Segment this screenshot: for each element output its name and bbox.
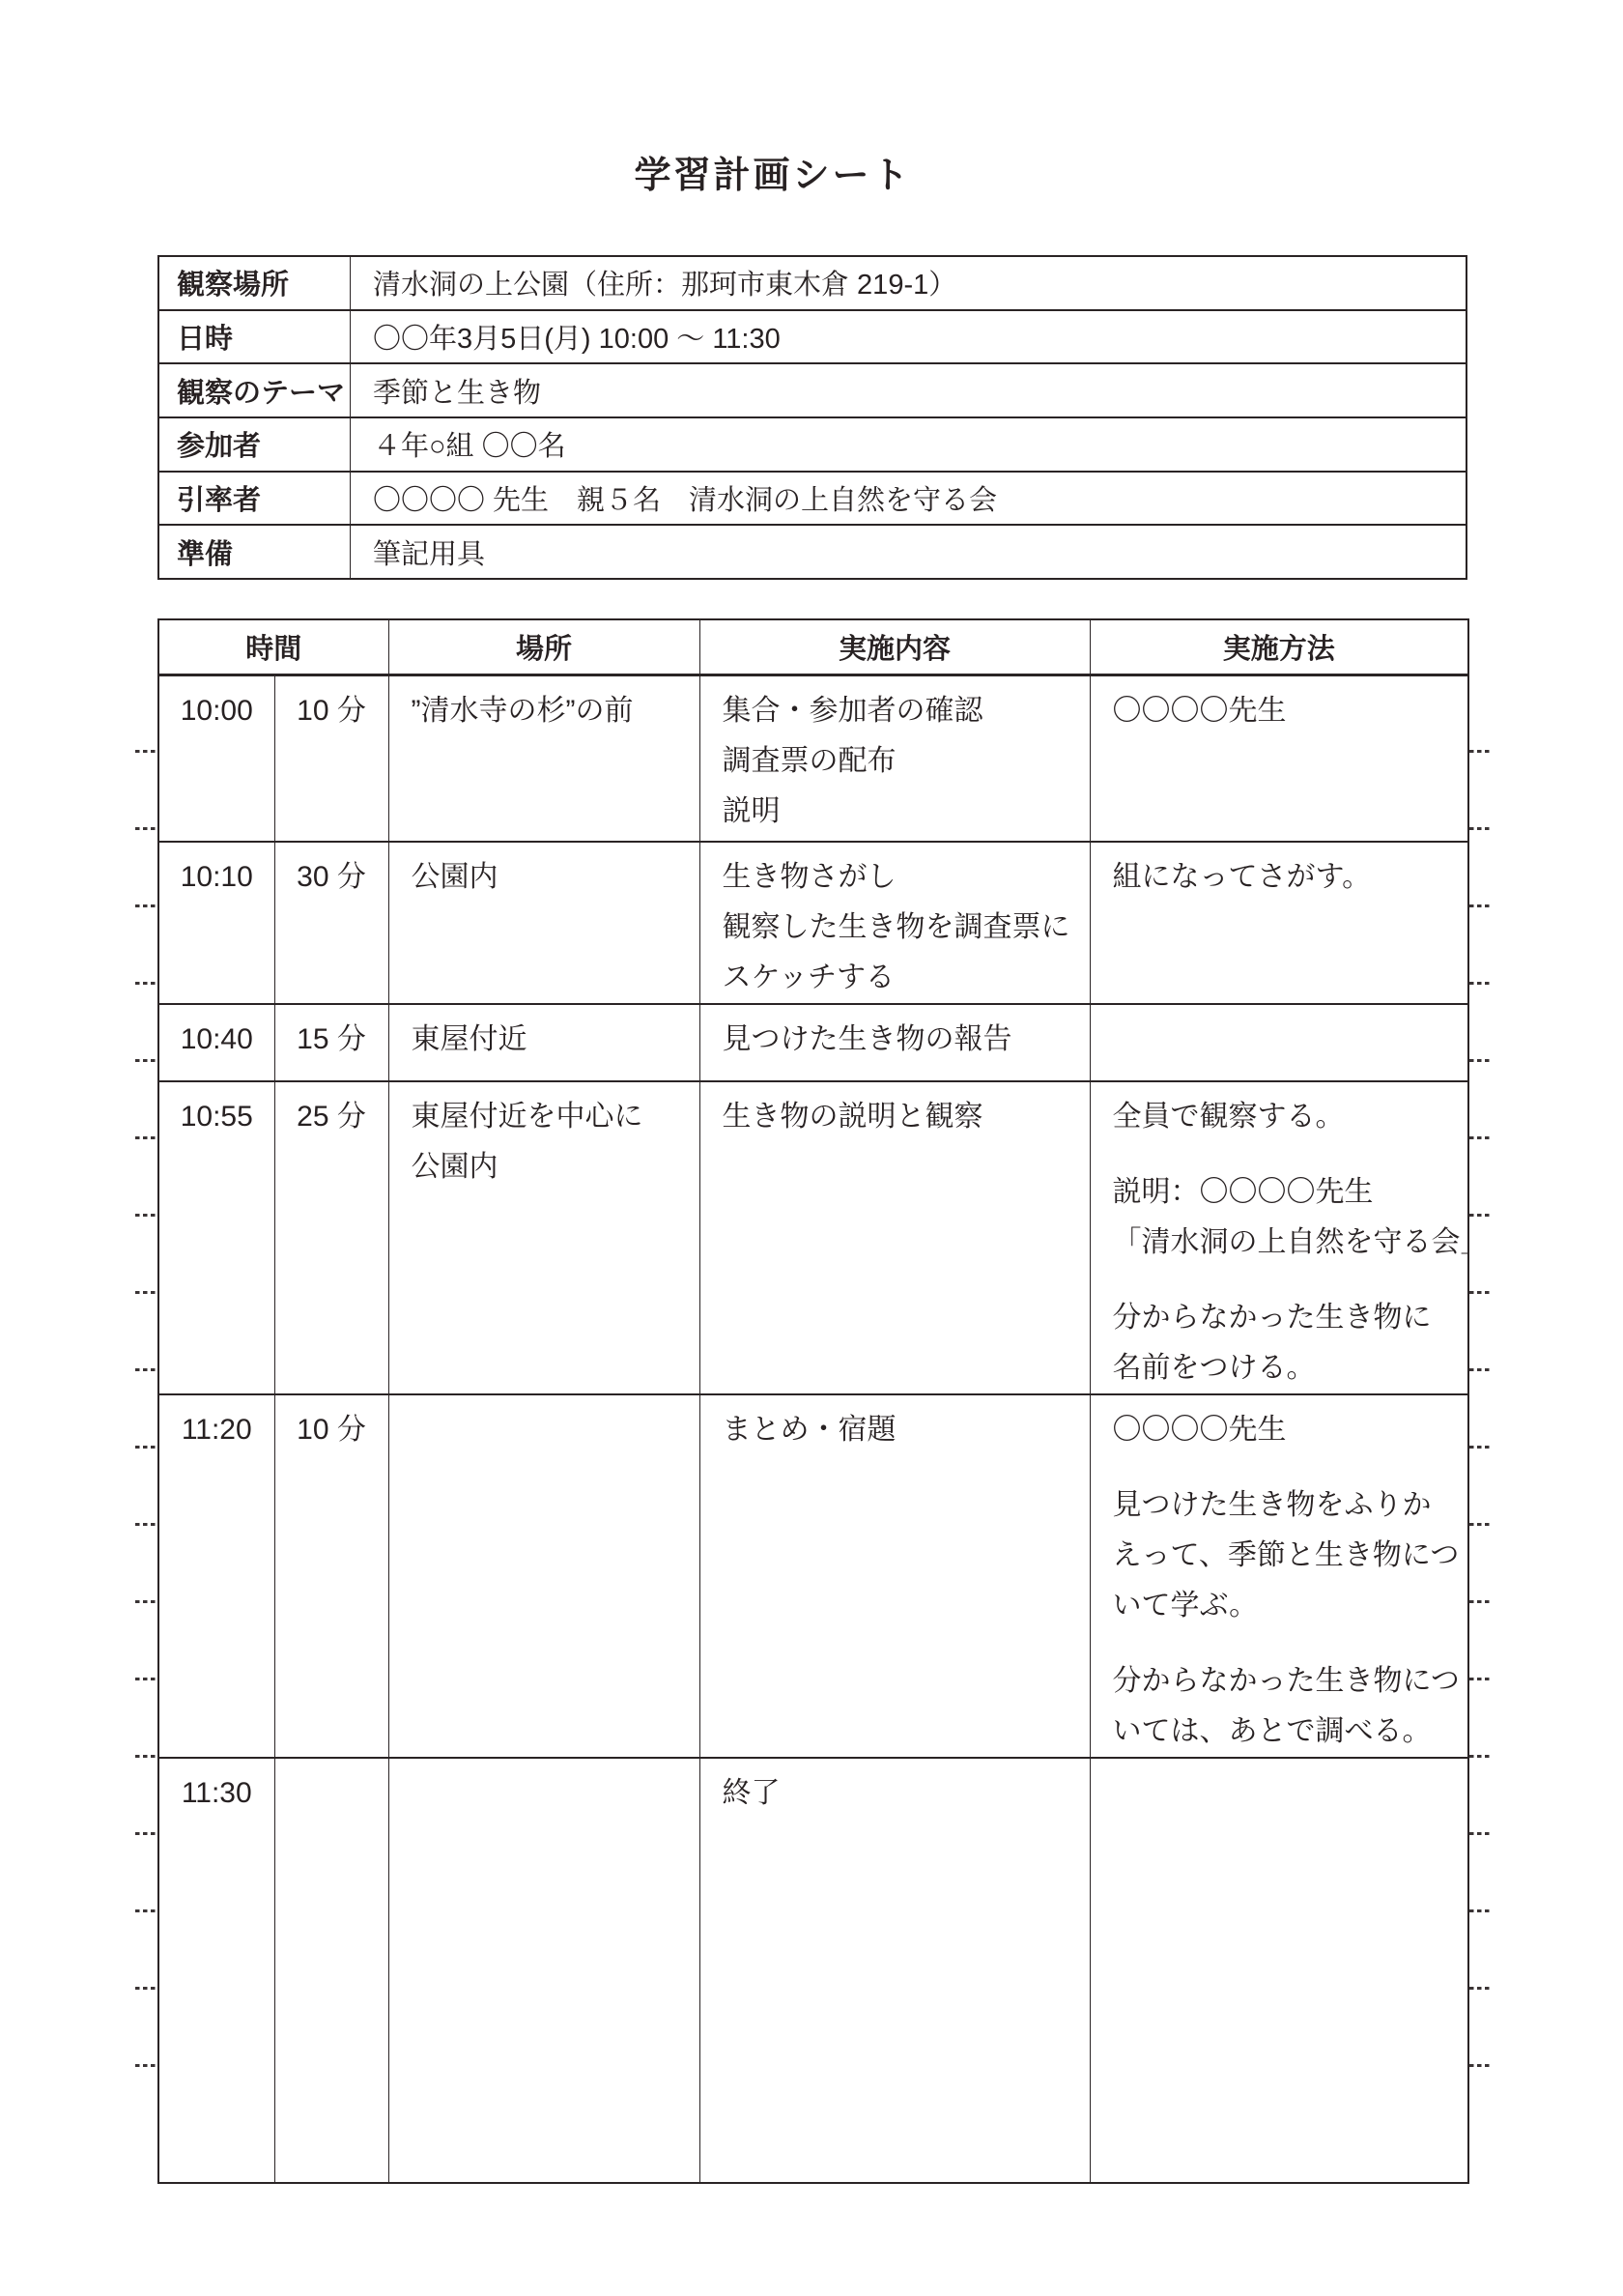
schedule-cell-time: 10:10 bbox=[158, 842, 274, 1004]
guide-mark-right bbox=[1469, 1446, 1490, 1449]
schedule-cell-time: 11:30 bbox=[158, 1758, 274, 2183]
info-row: 観察のテーマ季節と生き物 bbox=[158, 363, 1466, 417]
schedule-cell-duration: 25 分 bbox=[274, 1081, 388, 1394]
info-row: 日時〇〇年3月5日(月) 10:00 ～ 11:30 bbox=[158, 310, 1466, 364]
schedule-cell-place bbox=[388, 1394, 699, 1758]
info-row: 準備筆記用具 bbox=[158, 525, 1466, 579]
guide-mark-right bbox=[1469, 1755, 1490, 1758]
schedule-cell-method: 〇〇〇〇先生 bbox=[1090, 674, 1468, 842]
schedule-cell-time: 11:20 bbox=[158, 1394, 274, 1758]
cell-line: 分からなかった生き物に bbox=[1113, 1293, 1463, 1343]
cell-line: 名前をつける。 bbox=[1113, 1343, 1463, 1393]
schedule-cell-time: 10:55 bbox=[158, 1081, 274, 1394]
schedule-cell-method bbox=[1090, 1758, 1468, 2183]
guide-mark-left bbox=[135, 904, 156, 907]
guide-mark-left bbox=[135, 1446, 156, 1449]
info-row-label: 観察場所 bbox=[158, 256, 351, 310]
schedule-row: 10:4015 分東屋付近見つけた生き物の報告 bbox=[158, 1004, 1468, 1081]
schedule-row: 11:2010 分まとめ・宿題〇〇〇〇先生見つけた生き物をふりかえって、季節と生… bbox=[158, 1394, 1468, 1758]
schedule-cell-place: 東屋付近を中心に公園内 bbox=[388, 1081, 699, 1394]
cell-line: 終了 bbox=[723, 1768, 1084, 1819]
schedule-header-row: 時間 場所 実施内容 実施方法 bbox=[158, 619, 1468, 674]
schedule-cell-method: 全員で観察する。説明：〇〇〇〇先生「清水洞の上自然を守る会」分からなかった生き物… bbox=[1090, 1081, 1468, 1394]
guide-mark-right bbox=[1469, 1214, 1490, 1217]
guide-mark-right bbox=[1469, 1136, 1490, 1139]
cell-paragraph: 終了 bbox=[723, 1768, 1084, 1819]
schedule-cell-place: ”清水寺の杉”の前 bbox=[388, 674, 699, 842]
guide-mark-left bbox=[135, 2064, 156, 2067]
cell-line: 東屋付近 bbox=[412, 1015, 694, 1065]
schedule-cell-content: 見つけた生き物の報告 bbox=[699, 1004, 1090, 1081]
cell-paragraph: 集合・参加者の確認調査票の配布説明 bbox=[723, 686, 1084, 837]
cell-line: まとめ・宿題 bbox=[723, 1405, 1084, 1455]
schedule-cell-duration: 30 分 bbox=[274, 842, 388, 1004]
schedule-cell-content: 生き物の説明と観察 bbox=[699, 1081, 1090, 1394]
info-table: 観察場所清水洞の上公園（住所：那珂市東木倉 219-1）日時〇〇年3月5日(月)… bbox=[157, 255, 1467, 580]
cell-line: 公園内 bbox=[412, 1142, 694, 1192]
schedule-cell-place bbox=[388, 1758, 699, 2183]
guide-mark-right bbox=[1469, 2064, 1490, 2067]
cell-paragraph: 見つけた生き物の報告 bbox=[723, 1015, 1084, 1065]
info-row-label: 日時 bbox=[158, 310, 351, 364]
schedule-cell-content: 集合・参加者の確認調査票の配布説明 bbox=[699, 674, 1090, 842]
guide-mark-left bbox=[135, 1987, 156, 1990]
guide-mark-right bbox=[1469, 1987, 1490, 1990]
guide-mark-left bbox=[135, 1600, 156, 1603]
guide-mark-right bbox=[1469, 1600, 1490, 1603]
cell-paragraph: 全員で観察する。 bbox=[1113, 1092, 1463, 1142]
learning-plan-sheet: 学習計画シート 観察場所清水洞の上公園（住所：那珂市東木倉 219-1）日時〇〇… bbox=[0, 0, 1623, 2296]
guide-mark-right bbox=[1469, 1832, 1490, 1835]
info-row: 引率者〇〇〇〇 先生 親５名 清水洞の上自然を守る会 bbox=[158, 472, 1466, 526]
info-row: 参加者４年○組 〇〇名 bbox=[158, 417, 1466, 472]
schedule-cell-place: 公園内 bbox=[388, 842, 699, 1004]
cell-paragraph: 見つけた生き物をふりかえって、季節と生き物について学ぶ。 bbox=[1113, 1480, 1463, 1631]
cell-line: いては、あとで調べる。 bbox=[1113, 1707, 1463, 1757]
info-row-value: 清水洞の上公園（住所：那珂市東木倉 219-1） bbox=[351, 256, 1467, 310]
cell-line: 見つけた生き物の報告 bbox=[723, 1015, 1084, 1065]
cell-paragraph: 分からなかった生き物については、あとで調べる。 bbox=[1113, 1656, 1463, 1757]
info-row-value: 〇〇〇〇 先生 親５名 清水洞の上自然を守る会 bbox=[351, 472, 1467, 526]
cell-line: 見つけた生き物をふりか bbox=[1113, 1480, 1463, 1531]
guide-mark-right bbox=[1469, 1368, 1490, 1371]
cell-line: 集合・参加者の確認 bbox=[723, 686, 1084, 736]
guide-mark-left bbox=[135, 1678, 156, 1680]
cell-paragraph: まとめ・宿題 bbox=[723, 1405, 1084, 1455]
schedule-cell-content: 生き物さがし観察した生き物を調査票にスケッチする bbox=[699, 842, 1090, 1004]
cell-line: いて学ぶ。 bbox=[1113, 1581, 1463, 1631]
guide-mark-right bbox=[1469, 750, 1490, 753]
schedule-table: 時間 場所 実施内容 実施方法 10:0010 分”清水寺の杉”の前集合・参加者… bbox=[157, 618, 1469, 2184]
cell-paragraph: ”清水寺の杉”の前 bbox=[412, 686, 694, 736]
cell-line: 生き物さがし bbox=[723, 852, 1084, 903]
cell-paragraph: 東屋付近を中心に公園内 bbox=[412, 1092, 694, 1192]
cell-paragraph: 分からなかった生き物に名前をつける。 bbox=[1113, 1293, 1463, 1393]
guide-mark-right bbox=[1469, 1291, 1490, 1294]
info-row-label: 観察のテーマ bbox=[158, 363, 351, 417]
cell-paragraph: 説明：〇〇〇〇先生「清水洞の上自然を守る会」 bbox=[1113, 1167, 1463, 1268]
info-row-value: ４年○組 〇〇名 bbox=[351, 417, 1467, 472]
schedule-row: 10:1030 分公園内生き物さがし観察した生き物を調査票にスケッチする組になっ… bbox=[158, 842, 1468, 1004]
schedule-cell-duration bbox=[274, 1758, 388, 2183]
info-row-value: 筆記用具 bbox=[351, 525, 1467, 579]
schedule-cell-place: 東屋付近 bbox=[388, 1004, 699, 1081]
guide-mark-left bbox=[135, 982, 156, 985]
info-row-value: 〇〇年3月5日(月) 10:00 ～ 11:30 bbox=[351, 310, 1467, 364]
info-row-value: 季節と生き物 bbox=[351, 363, 1467, 417]
guide-mark-left bbox=[135, 1214, 156, 1217]
cell-line: 〇〇〇〇先生 bbox=[1113, 686, 1463, 736]
guide-mark-left bbox=[135, 1136, 156, 1139]
page-title: 学習計画シート bbox=[0, 145, 1546, 198]
guide-mark-left bbox=[135, 1368, 156, 1371]
guide-mark-right bbox=[1469, 1523, 1490, 1526]
schedule-cell-method: 〇〇〇〇先生見つけた生き物をふりかえって、季節と生き物について学ぶ。分からなかっ… bbox=[1090, 1394, 1468, 1758]
cell-line: 東屋付近を中心に bbox=[412, 1092, 694, 1142]
guide-mark-left bbox=[135, 1523, 156, 1526]
cell-line: えって、季節と生き物につ bbox=[1113, 1531, 1463, 1581]
cell-line: 分からなかった生き物につ bbox=[1113, 1656, 1463, 1707]
cell-paragraph: 生き物の説明と観察 bbox=[723, 1092, 1084, 1142]
cell-line: 説明 bbox=[723, 787, 1084, 837]
guide-mark-left bbox=[135, 750, 156, 753]
schedule-cell-duration: 10 分 bbox=[274, 1394, 388, 1758]
schedule-cell-method bbox=[1090, 1004, 1468, 1081]
schedule-row: 11:30終了 bbox=[158, 1758, 1468, 2183]
schedule-cell-content: まとめ・宿題 bbox=[699, 1394, 1090, 1758]
cell-line: 説明：〇〇〇〇先生 bbox=[1113, 1167, 1463, 1218]
schedule-cell-time: 10:40 bbox=[158, 1004, 274, 1081]
info-row-label: 準備 bbox=[158, 525, 351, 579]
info-row: 観察場所清水洞の上公園（住所：那珂市東木倉 219-1） bbox=[158, 256, 1466, 310]
guide-mark-right bbox=[1469, 827, 1490, 830]
guide-mark-right bbox=[1469, 904, 1490, 907]
guide-mark-right bbox=[1469, 1909, 1490, 1912]
cell-paragraph: 生き物さがし観察した生き物を調査票にスケッチする bbox=[723, 852, 1084, 1003]
cell-paragraph: 〇〇〇〇先生 bbox=[1113, 1405, 1463, 1455]
guide-mark-left bbox=[135, 1755, 156, 1758]
cell-line: 調査票の配布 bbox=[723, 736, 1084, 787]
schedule-cell-duration: 15 分 bbox=[274, 1004, 388, 1081]
cell-paragraph: 〇〇〇〇先生 bbox=[1113, 686, 1463, 736]
cell-line: 生き物の説明と観察 bbox=[723, 1092, 1084, 1142]
cell-line: 〇〇〇〇先生 bbox=[1113, 1405, 1463, 1455]
guide-mark-right bbox=[1469, 1059, 1490, 1062]
cell-line: 公園内 bbox=[412, 852, 694, 903]
cell-paragraph: 組になってさがす。 bbox=[1113, 852, 1463, 903]
schedule-cell-method: 組になってさがす。 bbox=[1090, 842, 1468, 1004]
guide-mark-left bbox=[135, 827, 156, 830]
guide-mark-left bbox=[135, 1909, 156, 1912]
cell-line: 全員で観察する。 bbox=[1113, 1092, 1463, 1142]
cell-paragraph: 東屋付近 bbox=[412, 1015, 694, 1065]
schedule-cell-duration: 10 分 bbox=[274, 674, 388, 842]
guide-mark-left bbox=[135, 1291, 156, 1294]
schedule-cell-time: 10:00 bbox=[158, 674, 274, 842]
guide-mark-left bbox=[135, 1832, 156, 1835]
cell-line: 「清水洞の上自然を守る会」 bbox=[1113, 1218, 1463, 1268]
cell-line: ”清水寺の杉”の前 bbox=[412, 686, 694, 736]
cell-line: 組になってさがす。 bbox=[1113, 852, 1463, 903]
cell-line: 観察した生き物を調査票に bbox=[723, 903, 1084, 953]
info-row-label: 参加者 bbox=[158, 417, 351, 472]
schedule-header-place: 場所 bbox=[388, 619, 699, 674]
guide-mark-right bbox=[1469, 982, 1490, 985]
info-row-label: 引率者 bbox=[158, 472, 351, 526]
schedule-header-method: 実施方法 bbox=[1090, 619, 1468, 674]
schedule-cell-content: 終了 bbox=[699, 1758, 1090, 2183]
schedule-row: 10:5525 分東屋付近を中心に公園内生き物の説明と観察全員で観察する。説明：… bbox=[158, 1081, 1468, 1394]
cell-paragraph: 公園内 bbox=[412, 852, 694, 903]
schedule-row: 10:0010 分”清水寺の杉”の前集合・参加者の確認調査票の配布説明〇〇〇〇先… bbox=[158, 674, 1468, 842]
guide-mark-left bbox=[135, 1059, 156, 1062]
schedule-header-time: 時間 bbox=[158, 619, 388, 674]
guide-mark-right bbox=[1469, 1678, 1490, 1680]
schedule-header-content: 実施内容 bbox=[699, 619, 1090, 674]
cell-line: スケッチする bbox=[723, 953, 1084, 1003]
